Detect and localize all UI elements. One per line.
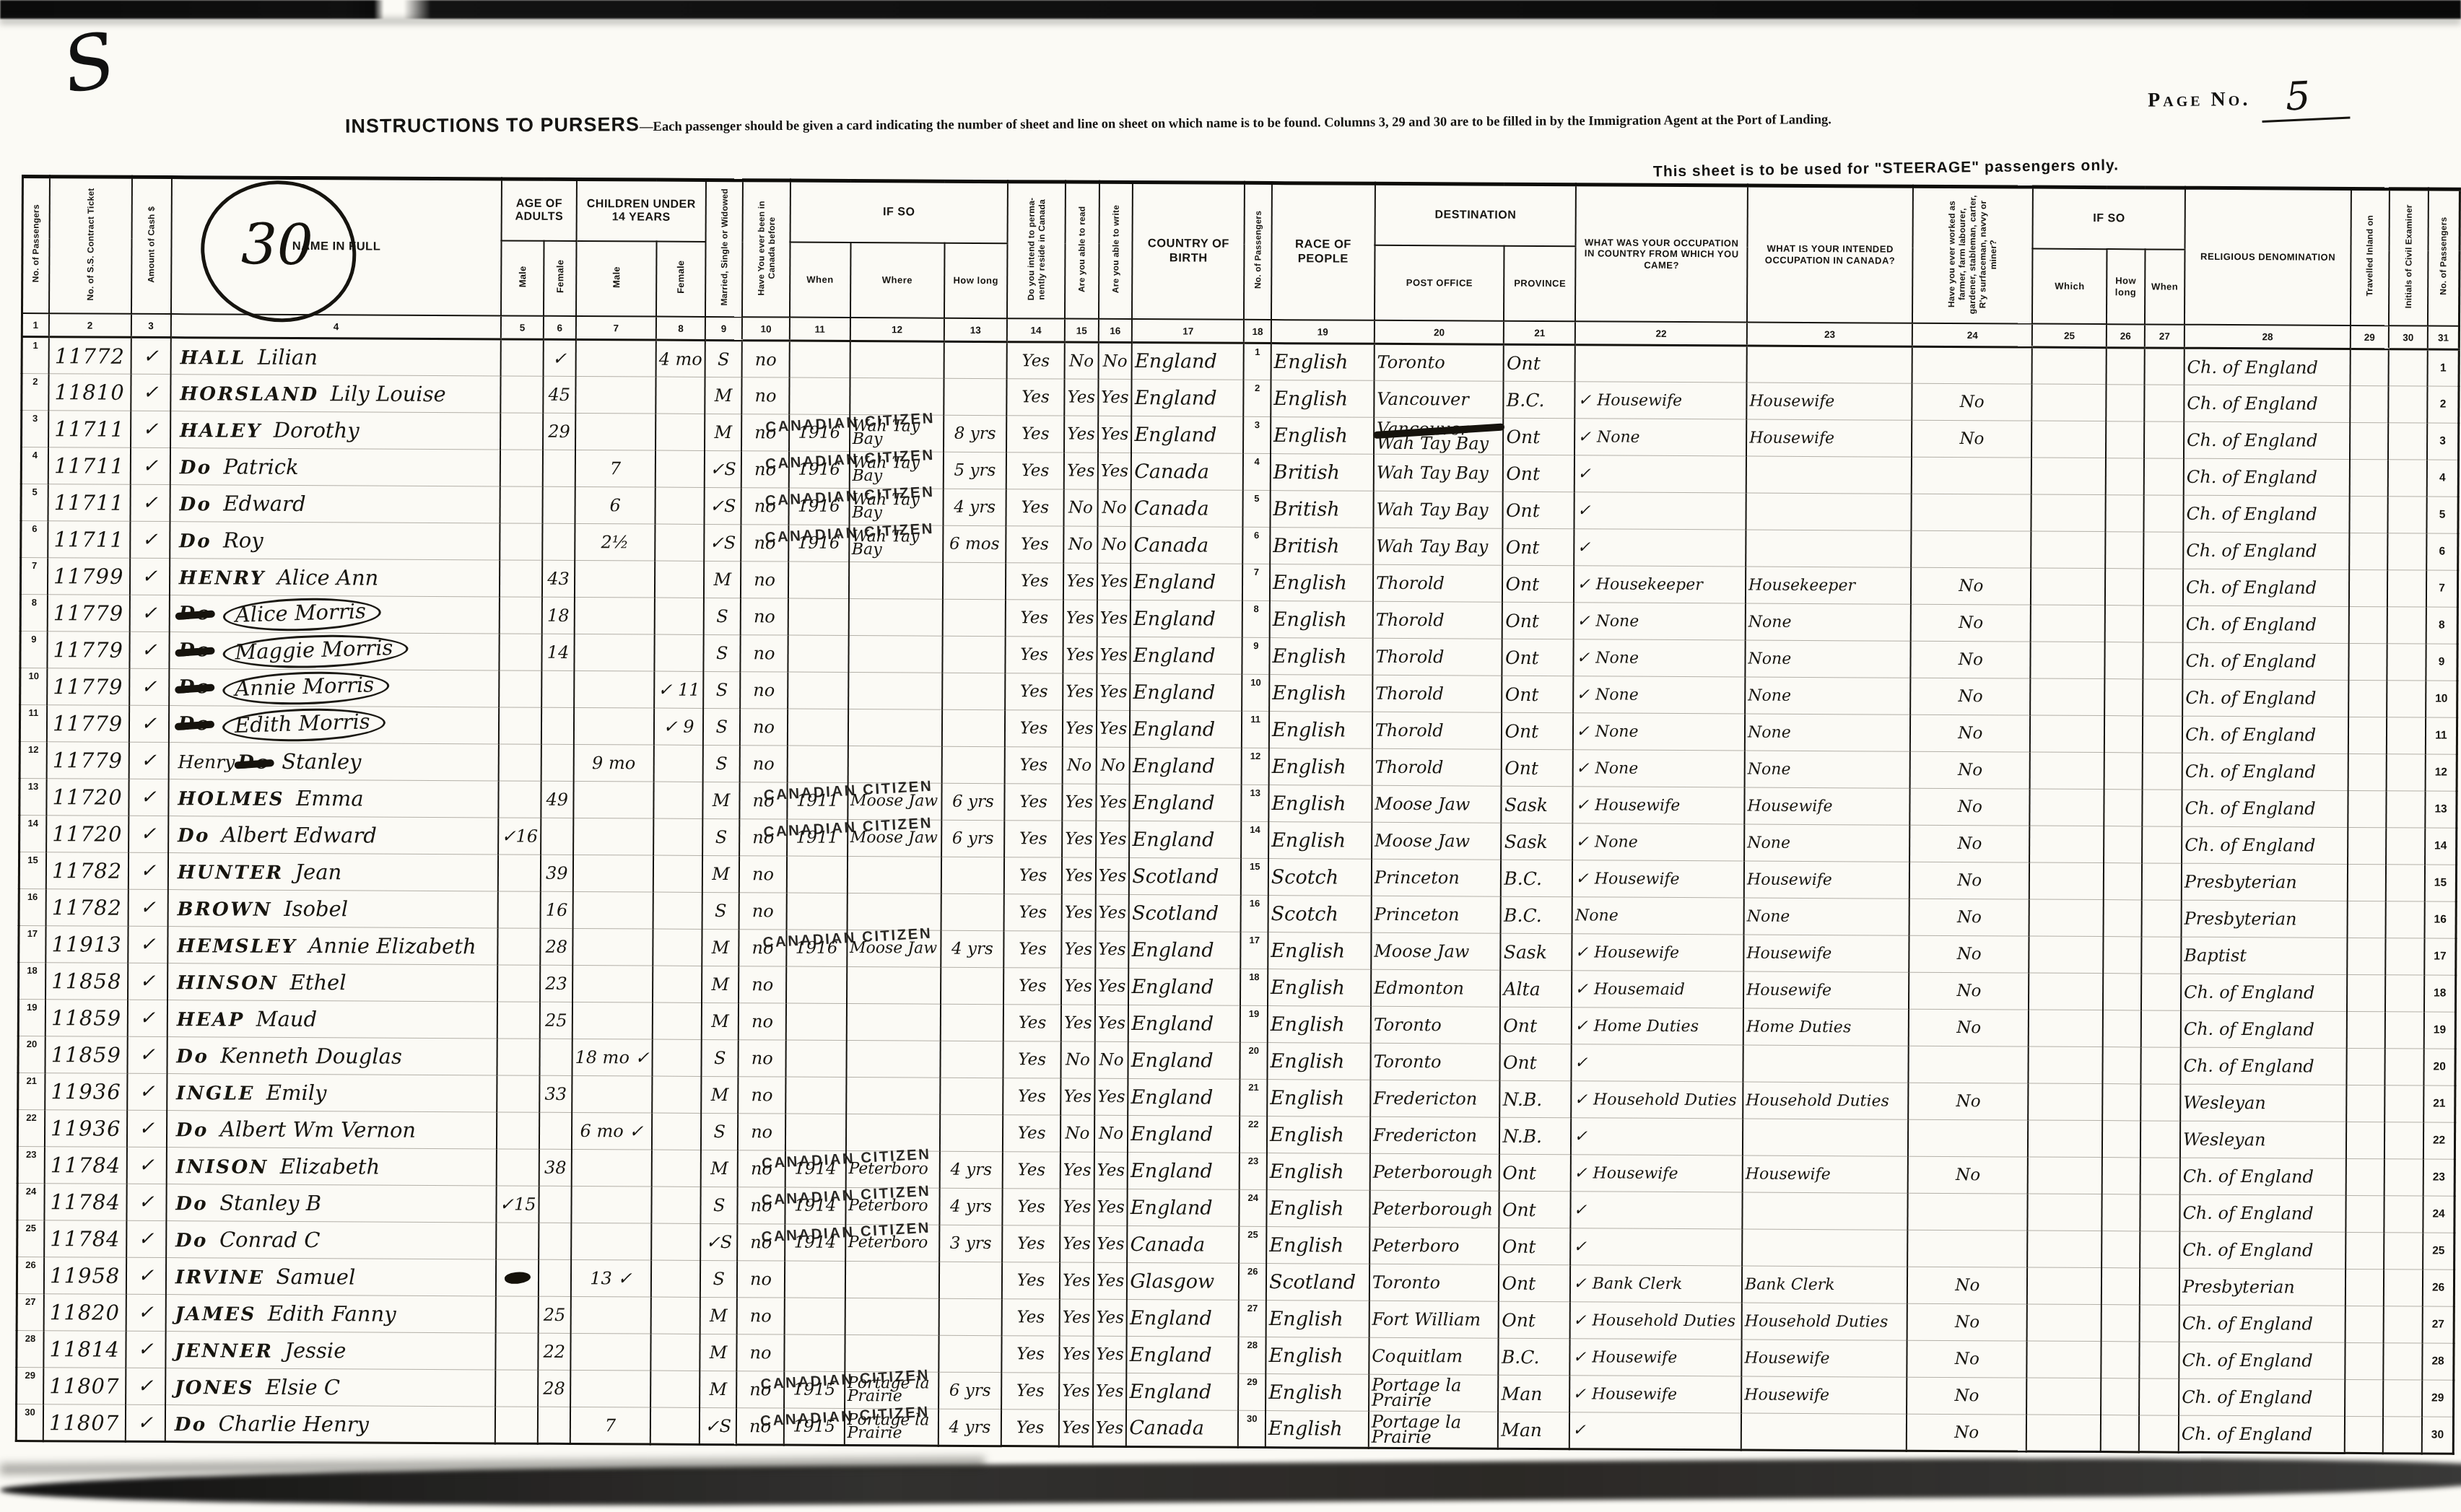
cell-age-male bbox=[500, 486, 543, 523]
cell-where bbox=[846, 1040, 941, 1078]
cell-cash-check: ✓ bbox=[126, 1184, 166, 1220]
cell-passenger-number: 30 bbox=[1238, 1410, 1266, 1447]
cell-country-of-birth: England bbox=[1128, 1189, 1240, 1227]
cell-occupation-intended: None bbox=[1745, 677, 1910, 715]
cell-province: Ont bbox=[1503, 418, 1574, 455]
cell-marital: S bbox=[703, 671, 740, 708]
cell-child-female bbox=[652, 1076, 701, 1113]
cell-country-of-birth: England bbox=[1129, 821, 1241, 859]
cell-write: Yes bbox=[1097, 453, 1131, 489]
cell-travelled-inland bbox=[2345, 1379, 2383, 1416]
cell-where bbox=[848, 636, 943, 673]
cell-province: Ont bbox=[1502, 602, 1574, 639]
cell-line-number: 30 bbox=[16, 1404, 43, 1441]
cell-examiner-initials bbox=[2385, 975, 2425, 1012]
cell-name: HEMSLEYAnnie Elizabeth bbox=[167, 927, 498, 965]
cell-line-number-right: 2 bbox=[2427, 386, 2459, 423]
cell-read: Yes bbox=[1060, 1299, 1094, 1336]
cell-religion: Ch. of England bbox=[2179, 1415, 2345, 1453]
cell-ticket-number: 11779 bbox=[47, 668, 129, 706]
cell-occupation-from: ✓None bbox=[1573, 713, 1745, 751]
cell-age-female: ✓ bbox=[544, 339, 576, 376]
cell-travelled-inland bbox=[2349, 533, 2387, 569]
cell-when-2 bbox=[2140, 1121, 2181, 1158]
cell-country-of-birth: Canada bbox=[1131, 453, 1243, 491]
cell-religion: Ch. of England bbox=[2181, 974, 2348, 1011]
cell-ticket-number: 11814 bbox=[43, 1331, 126, 1368]
cell-age-male bbox=[496, 1296, 539, 1333]
cell-province: Ont bbox=[1499, 1191, 1571, 1228]
cell-cash-check: ✓ bbox=[128, 963, 167, 1000]
cell-how-long-2 bbox=[2101, 1194, 2140, 1231]
cell-occupation-intended bbox=[1741, 1413, 1907, 1451]
cell-when-2 bbox=[2139, 1342, 2179, 1378]
cell-passenger-number: 26 bbox=[1239, 1263, 1266, 1300]
cell-when-2 bbox=[2141, 937, 2182, 974]
cell-race: British bbox=[1270, 528, 1373, 565]
cell-post-office: Vancouver bbox=[1374, 380, 1504, 418]
cell-child-female bbox=[653, 818, 702, 855]
cell-cash-check: ✓ bbox=[127, 1110, 167, 1147]
cell-occupation-intended: Housewife bbox=[1746, 419, 1912, 457]
cell-line-number: 24 bbox=[17, 1183, 45, 1220]
cell-line-number: 8 bbox=[20, 594, 48, 631]
cell-which bbox=[2031, 531, 2106, 569]
cell-occupation-from: ✓Housekeeper bbox=[1574, 566, 1746, 603]
cell-how-long-2 bbox=[2104, 716, 2143, 753]
cell-how-long-2 bbox=[2106, 385, 2144, 421]
cell-when-2 bbox=[2143, 458, 2184, 495]
cell-where bbox=[850, 341, 944, 379]
cell-age-male bbox=[496, 1259, 539, 1296]
cell-when-2 bbox=[2144, 348, 2185, 385]
cell-when-2 bbox=[2140, 1084, 2181, 1121]
cell-when-2 bbox=[2141, 974, 2182, 1010]
cell-age-female: 45 bbox=[543, 376, 575, 413]
cell-travelled-inland bbox=[2346, 1195, 2384, 1232]
cell-when-2 bbox=[2144, 385, 2185, 421]
cell-ticket-number: 11711 bbox=[48, 521, 130, 559]
cell-occupation-from: None bbox=[1572, 897, 1744, 935]
cell-post-office: Coquitlam bbox=[1369, 1337, 1499, 1375]
cell-where bbox=[848, 709, 942, 747]
handwritten-corner-mark: S bbox=[56, 15, 122, 111]
cell-child-female bbox=[655, 377, 705, 414]
cell-name: DoAlbert Edward bbox=[168, 816, 499, 855]
cell-ticket-number: 11784 bbox=[44, 1184, 126, 1221]
cell-cash-check: ✓ bbox=[131, 337, 170, 374]
cell-child-female bbox=[651, 1223, 700, 1260]
cell-when bbox=[788, 672, 848, 709]
cell-child-male bbox=[574, 634, 654, 672]
cell-cash-check: ✓ bbox=[128, 926, 167, 963]
cell-ticket-number: 11779 bbox=[47, 705, 129, 743]
cell-travelled-inland bbox=[2350, 459, 2388, 496]
cell-country-of-birth: England bbox=[1130, 711, 1242, 748]
col-header-which: Which bbox=[2032, 249, 2107, 325]
col-header-age-female: Female bbox=[544, 241, 576, 316]
cell-child-male bbox=[572, 929, 653, 966]
cell-when-2 bbox=[2143, 679, 2183, 716]
cell-child-male bbox=[573, 782, 653, 819]
col-header-no-of-passengers: No. of Passengers bbox=[22, 177, 49, 314]
cell-child-male bbox=[575, 561, 655, 598]
cell-age-female bbox=[538, 1407, 570, 1443]
cell-passenger-number: 23 bbox=[1240, 1153, 1267, 1189]
cell-line-number: 17 bbox=[19, 925, 46, 962]
cell-travelled-inland bbox=[2345, 1269, 2384, 1306]
cell-age-male bbox=[498, 855, 541, 891]
cell-examiner-initials bbox=[2386, 791, 2426, 828]
cell-age-female bbox=[539, 1259, 571, 1296]
cell-occupation-from: ✓Housewife bbox=[1570, 1339, 1742, 1376]
cell-how-long bbox=[941, 857, 1005, 893]
cell-write: Yes bbox=[1096, 857, 1130, 894]
cell-how-long bbox=[940, 1078, 1003, 1114]
cell-intend: Yes bbox=[1004, 784, 1062, 821]
cell-ticket-number: 11913 bbox=[45, 926, 128, 963]
cell-post-office: Fredericton bbox=[1370, 1116, 1500, 1154]
cell-occupation-intended: None bbox=[1744, 824, 1909, 862]
col-header-country-of-birth: COUNTRY OF BIRTH bbox=[1132, 183, 1245, 320]
cell-how-long-2 bbox=[2102, 1047, 2140, 1084]
col-header-age-male: Male bbox=[501, 240, 544, 315]
cell-name: DoKenneth Douglas bbox=[167, 1037, 497, 1075]
cell-ticket-number: 11772 bbox=[48, 337, 131, 375]
cell-line-number: 10 bbox=[20, 668, 48, 704]
cell-intend: Yes bbox=[1006, 416, 1064, 453]
cell-age-female: 18 bbox=[542, 597, 575, 634]
cell-ticket-number: 11784 bbox=[44, 1220, 126, 1258]
cell-which bbox=[2030, 826, 2104, 863]
cell-occupation-intended: Home Duties bbox=[1743, 1008, 1909, 1046]
cell-province: Ont bbox=[1502, 565, 1574, 603]
cell-passenger-number: 28 bbox=[1239, 1337, 1266, 1373]
cell-religion: Ch. of England bbox=[2183, 606, 2350, 643]
cell-how-long bbox=[941, 1004, 1004, 1041]
cell-read: Yes bbox=[1059, 1336, 1093, 1373]
cell-intend: Yes bbox=[1004, 821, 1062, 857]
cell-when: CANADIAN CITIZEN1916 bbox=[788, 525, 849, 561]
cell-when: CANADIAN CITIZEN1916 bbox=[786, 930, 847, 966]
cell-province: Ont bbox=[1503, 491, 1574, 529]
cell-occupation-from: ✓Household Duties bbox=[1570, 1302, 1742, 1340]
cell-which bbox=[2029, 1046, 2103, 1084]
cell-passenger-number: 19 bbox=[1240, 1005, 1268, 1042]
cell-line-number: 20 bbox=[18, 1036, 45, 1072]
col-header-intend-reside: Do you intend to perma- nently reside in… bbox=[1007, 182, 1066, 319]
cell-name: DoConrad C bbox=[166, 1221, 497, 1259]
cell-occupation-from: ✓ bbox=[1570, 1228, 1742, 1266]
cell-passenger-number: 5 bbox=[1243, 490, 1271, 527]
col-group-age-of-adults: AGE OF ADULTS bbox=[502, 179, 577, 241]
cell-province: Ont bbox=[1502, 712, 1573, 750]
cell-intend: Yes bbox=[1006, 453, 1064, 489]
cell-worked-as: No bbox=[1909, 935, 2029, 973]
cell-line-number: 1 bbox=[22, 337, 49, 374]
cell-line-number-right: 15 bbox=[2425, 865, 2457, 901]
cell-worked-as: No bbox=[1908, 1156, 2029, 1194]
cell-child-female bbox=[655, 450, 705, 487]
instructions-title: INSTRUCTIONS TO PURSERS bbox=[345, 113, 640, 136]
col-group-if-so-2: IF SO bbox=[2033, 187, 2185, 250]
cell-ticket-number: 11807 bbox=[43, 1368, 126, 1405]
cell-read: No bbox=[1065, 342, 1099, 379]
cell-when: CANADIAN CITIZEN1916 bbox=[789, 414, 850, 451]
cell-write: No bbox=[1094, 1115, 1128, 1152]
cell-child-male bbox=[572, 1150, 652, 1187]
cell-when bbox=[786, 1003, 847, 1040]
cell-line-number-right: 13 bbox=[2425, 791, 2457, 828]
cell-occupation-intended bbox=[1746, 530, 1911, 567]
cell-marital: S bbox=[701, 1113, 738, 1150]
cell-travelled-inland bbox=[2348, 938, 2386, 974]
cell-religion: Wesleyan bbox=[2180, 1121, 2347, 1158]
cell-been-before: no bbox=[739, 1003, 786, 1040]
scan-artifact-top bbox=[0, 0, 2461, 19]
cell-examiner-initials bbox=[2384, 1159, 2423, 1196]
cell-when bbox=[784, 1334, 845, 1371]
cell-occupation-from: ✓ bbox=[1571, 1192, 1743, 1229]
cell-read: No bbox=[1064, 489, 1098, 526]
cell-examiner-initials bbox=[2385, 901, 2425, 938]
cell-line-number-right: 7 bbox=[2426, 570, 2458, 607]
cell-age-male bbox=[499, 707, 541, 744]
cell-occupation-intended bbox=[1743, 1045, 1909, 1083]
cell-child-female bbox=[650, 1371, 700, 1407]
passenger-manifest-table: No. of Passengers No. of S.S. Contract T… bbox=[15, 175, 2461, 1455]
cell-when bbox=[787, 856, 848, 893]
cell-ticket-number: 11859 bbox=[45, 1036, 127, 1074]
cell-province: Man bbox=[1499, 1375, 1570, 1412]
cell-passenger-number: 18 bbox=[1240, 969, 1268, 1005]
cell-age-male bbox=[497, 1149, 539, 1186]
cell-line-number: 15 bbox=[19, 852, 46, 888]
cell-religion: Ch. of England bbox=[2182, 753, 2349, 790]
cell-which bbox=[2030, 752, 2104, 790]
cell-child-male bbox=[575, 377, 655, 414]
cell-province: Sask bbox=[1501, 933, 1572, 971]
cell-age-male bbox=[498, 928, 541, 965]
cell-age-male bbox=[500, 597, 542, 634]
cell-line-number: 26 bbox=[17, 1257, 44, 1293]
cell-race: English bbox=[1267, 1116, 1370, 1154]
cell-passenger-number: 4 bbox=[1243, 453, 1271, 490]
cell-name: DoPatrick bbox=[170, 448, 501, 486]
cell-line-number-right: 21 bbox=[2423, 1085, 2455, 1122]
cell-cash-check: ✓ bbox=[129, 816, 168, 852]
col-group-children-under-14: CHILDREN UNDER 14 YEARS bbox=[576, 180, 706, 242]
cell-which bbox=[2028, 1231, 2102, 1268]
cell-post-office: Toronto bbox=[1370, 1043, 1500, 1080]
cell-which bbox=[2029, 1010, 2103, 1047]
cell-worked-as: No bbox=[1909, 972, 2029, 1010]
cell-occupation-intended: None bbox=[1746, 603, 1911, 641]
cell-write: Yes bbox=[1097, 673, 1131, 710]
cell-post-office: Princeton bbox=[1372, 859, 1502, 896]
cell-when-2 bbox=[2140, 1268, 2180, 1305]
cell-passenger-number: 13 bbox=[1242, 785, 1269, 821]
cell-cash-check: ✓ bbox=[129, 742, 168, 779]
cell-line-number-right: 17 bbox=[2424, 938, 2456, 975]
cell-line-number: 13 bbox=[19, 778, 47, 815]
cell-how-long bbox=[941, 967, 1004, 1004]
cell-when-2 bbox=[2140, 1010, 2181, 1047]
cell-read: No bbox=[1060, 1115, 1094, 1152]
cell-religion: Ch. of England bbox=[2184, 458, 2351, 496]
cell-country-of-birth: England bbox=[1131, 416, 1243, 454]
cell-passenger-number: 14 bbox=[1241, 821, 1268, 858]
cell-post-office: VancouverWah Tay Bay bbox=[1374, 417, 1504, 455]
cell-when: CANADIAN CITIZEN1916 bbox=[788, 488, 849, 525]
col-header-how-long-2: How long bbox=[2107, 249, 2145, 324]
cell-occupation-intended: Housewife bbox=[1743, 971, 1909, 1009]
cell-ticket-number: 11810 bbox=[48, 374, 131, 411]
cell-child-male bbox=[572, 1002, 653, 1040]
cell-child-female bbox=[652, 1113, 701, 1150]
cell-intend: Yes bbox=[1003, 1115, 1060, 1152]
cell-ticket-number: 11936 bbox=[45, 1110, 127, 1148]
cell-worked-as: No bbox=[1909, 899, 2030, 936]
cell-which bbox=[2031, 421, 2106, 458]
cell-child-female bbox=[652, 1150, 701, 1187]
cell-read: Yes bbox=[1062, 894, 1096, 931]
cell-how-long-2 bbox=[2105, 606, 2143, 642]
cell-child-female bbox=[653, 855, 702, 892]
cell-which bbox=[2029, 862, 2104, 900]
cell-cash-check: ✓ bbox=[127, 1000, 167, 1036]
cell-province: Ont bbox=[1499, 1301, 1570, 1339]
cell-passenger-number: 17 bbox=[1241, 932, 1268, 969]
cell-age-male bbox=[500, 634, 542, 670]
cell-child-female bbox=[653, 892, 702, 929]
cell-occupation-intended: None bbox=[1745, 751, 1910, 788]
cell-where bbox=[848, 599, 943, 637]
cell-line-number-right: 19 bbox=[2424, 1012, 2456, 1049]
cell-religion: Ch. of England bbox=[2182, 716, 2349, 753]
cell-post-office: Peterborough bbox=[1370, 1153, 1500, 1191]
cell-name: DoStanley B bbox=[166, 1184, 497, 1223]
cell-child-female bbox=[651, 1260, 700, 1297]
cell-ticket-number: 11720 bbox=[46, 816, 129, 853]
cell-worked-as: No bbox=[1909, 862, 2030, 899]
cell-how-long-2 bbox=[2101, 1231, 2140, 1268]
cell-write: Yes bbox=[1097, 600, 1131, 637]
cell-occupation-intended: Housewife bbox=[1741, 1376, 1907, 1414]
col-header-child-female: Female bbox=[656, 242, 706, 317]
cell-marital: ✓S bbox=[705, 487, 741, 524]
cell-occupation-from: ✓Housewife bbox=[1569, 1376, 1741, 1413]
cell-race: Scotch bbox=[1268, 859, 1372, 896]
col-header-travelled-inland: Travelled Inland on bbox=[2351, 188, 2389, 325]
cell-when: CANADIAN CITIZEN1911 bbox=[787, 819, 848, 856]
cell-when bbox=[785, 1077, 846, 1114]
cell-ticket-number: 11711 bbox=[48, 411, 131, 448]
cell-write: No bbox=[1094, 1041, 1128, 1078]
cell-age-female: 29 bbox=[543, 413, 575, 450]
cell-country-of-birth: England bbox=[1131, 564, 1242, 601]
cell-age-female bbox=[539, 1112, 572, 1149]
cell-ticket-number: 11807 bbox=[43, 1404, 126, 1442]
cell-worked-as bbox=[1911, 530, 2031, 568]
cell-occupation-from: ✓ bbox=[1574, 492, 1746, 530]
cell-race: Scotland bbox=[1266, 1264, 1369, 1301]
cell-marital: M bbox=[705, 377, 741, 414]
cell-how-long-2 bbox=[2101, 1415, 2139, 1452]
col-header-marital: Married, Single or Widowed bbox=[705, 180, 743, 317]
cell-occupation-from: ✓ bbox=[1574, 455, 1746, 493]
cell-religion: Presbyterian bbox=[2182, 900, 2348, 938]
cell-marital: S bbox=[703, 708, 740, 745]
cell-been-before: no bbox=[741, 598, 788, 635]
cell-marital: S bbox=[701, 1187, 738, 1223]
cell-province: Alta bbox=[1500, 970, 1572, 1008]
cell-when bbox=[788, 598, 849, 635]
cell-child-male bbox=[572, 892, 653, 930]
cell-occupation-from: ✓None bbox=[1574, 639, 1746, 677]
cell-province: Sask bbox=[1502, 786, 1573, 823]
cell-line-number-right: 26 bbox=[2423, 1270, 2455, 1306]
cell-how-long-2 bbox=[2104, 900, 2142, 937]
manifest-table-wrap: No. of Passengers No. of S.S. Contract T… bbox=[15, 175, 2461, 1455]
cell-passenger-number: 12 bbox=[1242, 748, 1269, 785]
cell-line-number-right: 9 bbox=[2426, 644, 2458, 681]
instructions-line: INSTRUCTIONS TO PURSERS—Each passenger s… bbox=[345, 104, 2164, 137]
cell-where bbox=[845, 1261, 939, 1298]
cell-cash-check: ✓ bbox=[125, 1404, 165, 1441]
cell-name: HENRYAlice Ann bbox=[170, 559, 500, 597]
cell-read: Yes bbox=[1062, 821, 1096, 857]
cell-intend: Yes bbox=[1003, 1189, 1060, 1225]
cell-occupation-intended: Housewife bbox=[1743, 935, 1909, 972]
cell-occupation-intended: Housewife bbox=[1746, 383, 1912, 420]
cell-read: Yes bbox=[1061, 1005, 1095, 1041]
cell-post-office: Wah Tay Bay bbox=[1374, 454, 1504, 491]
cell-read: Yes bbox=[1063, 637, 1097, 673]
cell-line-number: 23 bbox=[17, 1146, 45, 1183]
cell-occupation-intended bbox=[1747, 346, 1912, 383]
cell-religion: Ch. of England bbox=[2180, 1047, 2347, 1085]
cell-when-2 bbox=[2140, 1231, 2180, 1268]
cell-child-male bbox=[573, 855, 653, 893]
cell-how-long-2 bbox=[2104, 790, 2142, 826]
cell-how-long-2 bbox=[2103, 1010, 2141, 1047]
cell-occupation-intended: Housewife bbox=[1744, 787, 1909, 825]
cell-occupation-intended bbox=[1742, 1192, 1907, 1230]
cell-occupation-from: ✓Housewife bbox=[1575, 382, 1747, 419]
cell-examiner-initials bbox=[2384, 1196, 2423, 1233]
cell-how-long-2 bbox=[2102, 1158, 2140, 1194]
cell-how-long-2 bbox=[2105, 532, 2143, 569]
cell-travelled-inland bbox=[2350, 496, 2388, 533]
cell-cash-check: ✓ bbox=[130, 447, 170, 484]
cell-ticket-number: 11711 bbox=[48, 484, 130, 522]
cell-line-number-right: 18 bbox=[2424, 975, 2456, 1012]
cell-when-2 bbox=[2139, 1305, 2179, 1342]
cell-post-office: Princeton bbox=[1371, 896, 1501, 933]
cell-post-office: Moose Jaw bbox=[1372, 822, 1502, 860]
cell-name: DoEdith Morris bbox=[169, 706, 500, 744]
cell-religion: Ch. of England bbox=[2184, 421, 2351, 459]
cell-province: B.C. bbox=[1501, 860, 1572, 897]
cell-travelled-inland bbox=[2346, 1122, 2384, 1158]
cell-ticket-number: 11820 bbox=[43, 1294, 126, 1332]
cell-write: Yes bbox=[1096, 821, 1130, 857]
cell-line-number-right: 1 bbox=[2428, 349, 2460, 386]
cell-line-number: 12 bbox=[19, 741, 47, 778]
cell-occupation-intended bbox=[1742, 1229, 1907, 1267]
cell-read: Yes bbox=[1061, 968, 1095, 1005]
